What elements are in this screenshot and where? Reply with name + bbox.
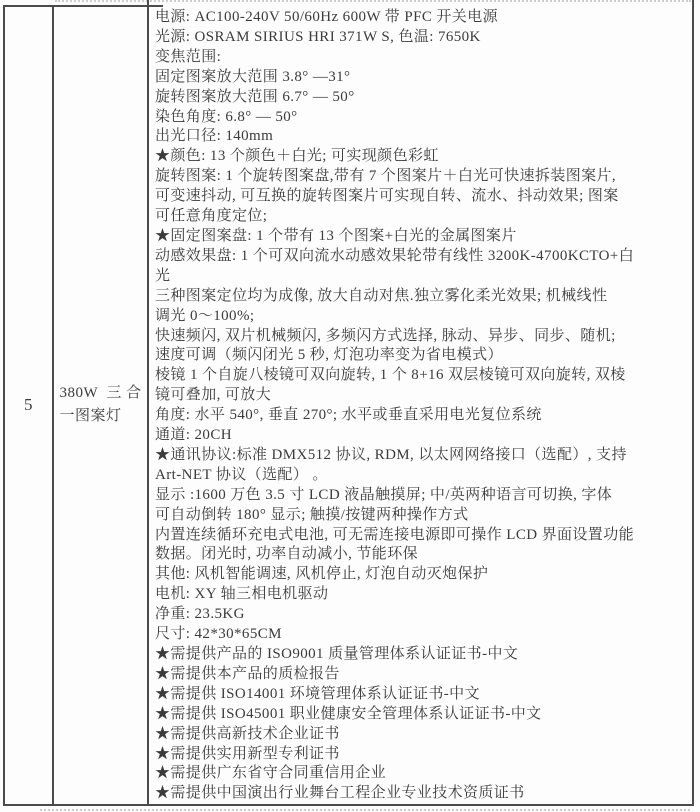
spec-line: ★需提供中国演出行业舞台工程企业专业技术资质证书	[155, 784, 688, 804]
spec-line: 可变速抖动, 可互换的旋转图案片可实现自转、流水、抖动效果; 图案	[155, 187, 688, 207]
spec-line: ★通讯协议:标准 DMX512 协议, RDM, 以太网网络接口（选配）, 支持	[155, 446, 688, 466]
spec-line: 棱镜 1 个自旋八棱镜可双向旋转, 1 个 8+16 双层棱镜可双向旋转, 双棱	[155, 366, 688, 386]
spec-line: ★固定图案盘: 1 个带有 13 个图案+白光的金属图案片	[155, 227, 688, 247]
spec-line: 角度: 水平 540°, 垂直 270°; 水平或垂直采用电光复位系统	[155, 406, 688, 426]
spec-line: 动感效果盘: 1 个可双向流水动感效果轮带有线性 3200K-4700KCTO+…	[155, 247, 688, 267]
spec-line: 电机: XY 轴三相电机驱动	[155, 585, 688, 605]
spec-line: ★需提供产品的 ISO9001 质量管理体系认证证书-中文	[155, 645, 688, 665]
spec-cell: 电源: AC100-240V 50/60Hz 600W 带 PFC 开关电源光源…	[149, 5, 692, 804]
spec-line: 数据。闭光时, 功率自动减小, 节能环保	[155, 545, 688, 565]
spec-line: ★需提供广东省守合同重信用企业	[155, 764, 688, 784]
spec-line: 尺寸: 42*30*65CM	[155, 625, 688, 645]
spec-line: 内置连续循环充电式电池, 可无需连接电源即可操作 LCD 界面设置功能	[155, 526, 688, 546]
spec-line: 可自动倒转 180° 显示; 触摸/按键两种操作方式	[155, 506, 688, 526]
spec-line: 旋转图案: 1 个旋转图案盘,带有 7 个图案片＋白光可快速拆装图案片,	[155, 167, 688, 187]
item-number: 5	[24, 395, 33, 415]
spec-line: ★颜色: 13 个颜色＋白光; 可实现颜色彩虹	[155, 147, 688, 167]
spec-line: 染色角度: 6.8° — 50°	[155, 108, 688, 128]
spec-line: ★需提供实用新型专利证书	[155, 745, 688, 765]
table-border-right	[692, 0, 694, 806]
spec-line: 快速频闪, 双片机械频闪, 多频闪方式选择, 脉动、异步、同步、随机;	[155, 327, 688, 347]
spec-line: 出光口径: 140mm	[155, 127, 688, 147]
scan-artifact-bottom-dotted-line	[40, 809, 690, 811]
spec-line: 固定图案放大范围 3.8° —31°	[155, 68, 688, 88]
item-number-cell: 5	[5, 5, 52, 804]
spec-line: ★需提供本产品的质检报告	[155, 665, 688, 685]
spec-line: 净重: 23.5KG	[155, 605, 688, 625]
spec-line: 光	[155, 267, 688, 287]
spec-lines: 电源: AC100-240V 50/60Hz 600W 带 PFC 开关电源光源…	[155, 8, 688, 804]
spec-line: 三种图案定位均为成像, 放大自动对焦.独立雾化柔光效果; 机械线性	[155, 287, 688, 307]
scanned-spec-document-page: 5 380W 三合一图案灯 电源: AC100-240V 50/60Hz 600…	[0, 0, 700, 812]
scan-artifact-top-dotted-line	[55, 0, 691, 2]
spec-line: ★需提供高新技术企业证书	[155, 725, 688, 745]
table-border-bottom	[3, 804, 694, 806]
item-name-cell: 380W 三合一图案灯	[54, 5, 147, 804]
spec-line: 变焦范围:	[155, 48, 688, 68]
spec-line: 镜可叠加, 可放大	[155, 386, 688, 406]
spec-line: 电源: AC100-240V 50/60Hz 600W 带 PFC 开关电源	[155, 8, 688, 28]
spec-line: 调光 0～100%;	[155, 307, 688, 327]
spec-line: 速度可调（频闪闭光 5 秒, 灯泡功率变为省电模式）	[155, 346, 688, 366]
spec-line: ★需提供 ISO45001 职业健康安全管理体系认证证书-中文	[155, 705, 688, 725]
spec-line: 通道: 20CH	[155, 426, 688, 446]
spec-line: 其他: 风机智能调速, 风机停止, 灯泡自动灭炮保护	[155, 565, 688, 585]
spec-line: ★需提供 ISO14001 环境管理体系认证证书-中文	[155, 685, 688, 705]
item-name: 380W 三合一图案灯	[60, 382, 142, 428]
spec-line: 可任意角度定位;	[155, 207, 688, 227]
spec-line: 旋转图案放大范围 6.7° — 50°	[155, 88, 688, 108]
spec-line: 光源: OSRAM SIRIUS HRI 371W S, 色温: 7650K	[155, 28, 688, 48]
spec-line: Art-NET 协议（选配） 。	[155, 466, 688, 486]
spec-line: 显示 :1600 万色 3.5 寸 LCD 液晶触摸屏; 中/英两种语言可切换,…	[155, 486, 688, 506]
